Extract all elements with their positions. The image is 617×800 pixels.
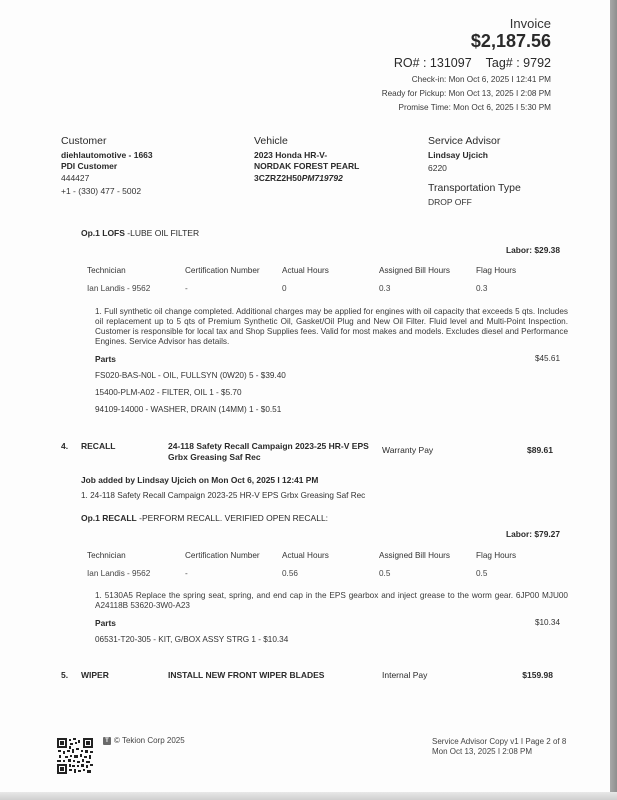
job4-flag-hours: 0.5 [476,569,487,578]
promise-time: Promise Time: Mon Oct 6, 2025 I 5:30 PM [399,103,551,112]
job3-assigned-bill-hours: 0.3 [379,284,390,293]
job3-parts-label: Parts [95,354,116,364]
job4-concern: 1. 24-118 Safety Recall Campaign 2023-25… [81,491,365,500]
tag-number: Tag# : 9792 [486,56,551,70]
copyright-text: © Tekion Corp 2025 [114,736,185,745]
job4-col-actual-hours: Actual Hours [282,551,329,560]
service-advisor-id: 6220 [428,163,447,173]
job3-col-certification: Certification Number [185,266,260,275]
job4-added-by: Job added by Lindsay Ujcich on Mon Oct 6… [81,475,318,485]
job3-col-assigned-bill-hours: Assigned Bill Hours [379,266,450,275]
job3-part-2: 15400-PLM-A02 - FILTER, OIL 1 - $5.70 [95,388,242,397]
job4-col-flag-hours: Flag Hours [476,551,516,560]
invoice-total: $2,187.56 [471,31,551,52]
scan-edge-bottom [0,792,617,800]
customer-id: 444427 [61,173,89,183]
job4-op-desc: -PERFORM RECALL. VERIFIED OPEN RECALL: [139,513,328,523]
qr-code [57,738,93,774]
job4-col-technician: Technician [87,551,126,560]
vehicle-vin: 3CZRZ2H50PM719792 [254,173,343,183]
customer-heading: Customer [61,135,107,147]
job4-pay-type: Warranty Pay [382,445,433,455]
job3-labor: Labor: $29.38 [506,245,560,255]
transportation-value: DROP OFF [428,197,472,207]
vehicle-model-line2: NORDAK FOREST PEARL [254,161,359,171]
job4-labor: Labor: $79.27 [506,529,560,539]
job4-code: RECALL [81,441,115,451]
footer-printed-date: Mon Oct 13, 2025 I 2:08 PM [432,747,532,756]
job3-op-code: Op.1 LOFS [81,228,125,238]
job5-number: 5. [61,670,68,680]
customer-phone: +1 - (330) 477 - 5002 [61,186,141,196]
ro-tag-line: RO# : 131097Tag# : 9792 [394,56,551,70]
invoice-page: Invoice $2,187.56 RO# : 131097Tag# : 979… [0,0,610,792]
customer-name: diehlautomotive - 1663 [61,150,153,160]
job3-operation: Op.1 LOFS -LUBE OIL FILTER [81,228,199,238]
vin-prefix: 3CZRZ2H50 [254,173,302,183]
job5-amount: $159.98 [522,670,553,680]
check-in-time: Check-in: Mon Oct 6, 2025 I 12:41 PM [412,75,551,84]
service-advisor-heading: Service Advisor [428,135,500,147]
transportation-heading: Transportation Type [428,182,521,194]
invoice-title: Invoice [510,16,551,31]
job4-operation: Op.1 RECALL -PERFORM RECALL. VERIFIED OP… [81,513,328,523]
tekion-logo-icon: T [103,737,111,745]
job4-part-1: 06531-T20-305 - KIT, G/BOX ASSY STRG 1 -… [95,635,288,644]
vehicle-heading: Vehicle [254,135,288,147]
job3-col-technician: Technician [87,266,126,275]
job4-number: 4. [61,441,68,451]
job4-col-assigned-bill-hours: Assigned Bill Hours [379,551,450,560]
job3-technician: Ian Landis - 9562 [87,284,150,293]
qr-code-icon [57,738,93,774]
job3-col-actual-hours: Actual Hours [282,266,329,275]
job4-certification: - [185,569,188,578]
job5-pay-type: Internal Pay [382,670,427,680]
job5-code: WIPER [81,670,109,680]
job4-actual-hours: 0.56 [282,569,298,578]
footer-copyright: T© Tekion Corp 2025 [103,736,185,745]
job3-flag-hours: 0.3 [476,284,487,293]
job4-amount: $89.61 [527,445,553,455]
job3-part-3: 94109-14000 - WASHER, DRAIN (14MM) 1 - $… [95,405,281,414]
ro-number: RO# : 131097 [394,56,472,70]
job4-description: 24-118 Safety Recall Campaign 2023-25 HR… [168,441,383,463]
job4-parts-label: Parts [95,618,116,628]
vehicle-model-line1: 2023 Honda HR-V- [254,150,327,160]
job5-description: INSTALL NEW FRONT WIPER BLADES [168,670,324,680]
job4-parts-total: $10.34 [535,618,560,627]
job4-story: 1. 5130A5 Replace the spring seat, sprin… [95,591,568,611]
job3-op-desc: -LUBE OIL FILTER [127,228,199,238]
job3-part-1: FS020-BAS-N0L - OIL, FULLSYN (0W20) 5 - … [95,371,286,380]
ready-for-pickup-time: Ready for Pickup: Mon Oct 13, 2025 I 2:0… [382,89,551,98]
job3-parts-total: $45.61 [535,354,560,363]
job4-assigned-bill-hours: 0.5 [379,569,390,578]
service-advisor-name: Lindsay Ujcich [428,150,488,160]
customer-type: PDI Customer [61,161,117,171]
job3-certification: - [185,284,188,293]
vin-suffix: PM719792 [302,173,343,183]
job4-technician: Ian Landis - 9562 [87,569,150,578]
job4-col-certification: Certification Number [185,551,260,560]
job3-col-flag-hours: Flag Hours [476,266,516,275]
job4-op-code: Op.1 RECALL [81,513,137,523]
scan-edge-right [610,0,617,800]
job3-story: 1. Full synthetic oil change completed. … [95,307,568,347]
footer-copy-info: Service Advisor Copy v1 I Page 2 of 8 [432,737,566,746]
job3-actual-hours: 0 [282,284,287,293]
